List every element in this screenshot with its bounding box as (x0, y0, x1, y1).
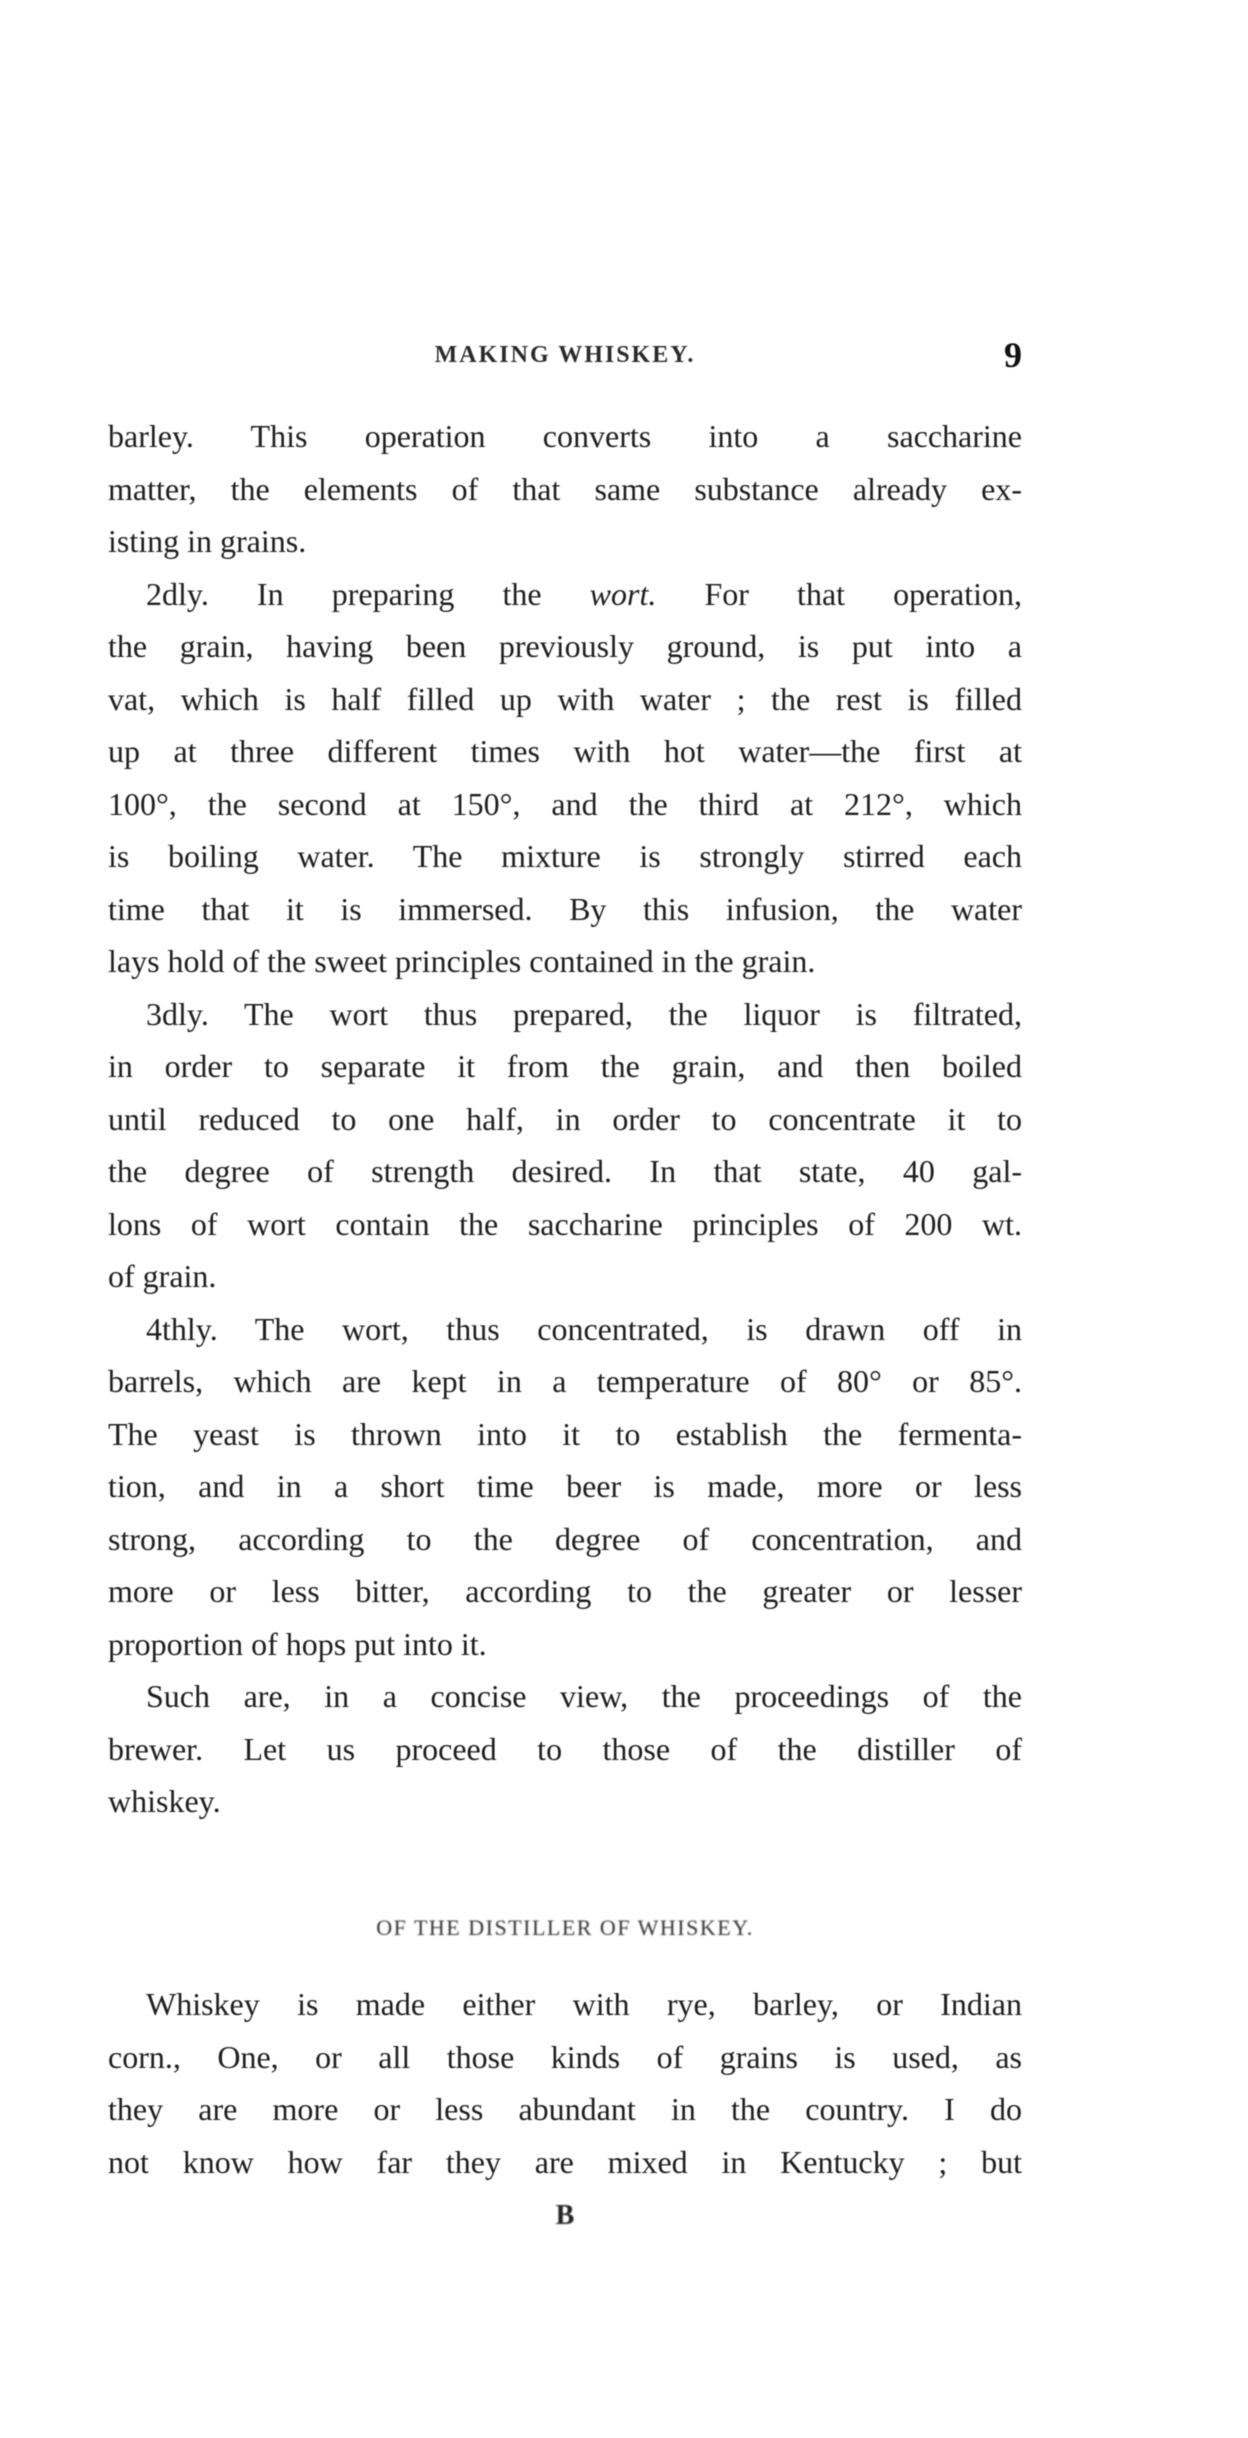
text-line: 100°, the second at 150°, and the third … (108, 778, 1022, 831)
text-line: lays hold of the sweet principles contai… (108, 935, 1022, 988)
section-heading: OF THE DISTILLER OF WHISKEY. (108, 1902, 1022, 1955)
text-line: they are more or less abundant in the co… (108, 2083, 1022, 2136)
text-line: strong, according to the degree of conce… (108, 1513, 1022, 1566)
text-line: 4thly. The wort, thus concentrated, is d… (108, 1303, 1022, 1356)
text-line: Such are, in a concise view, the proceed… (108, 1670, 1022, 1723)
text-line: up at three different times with hot wat… (108, 725, 1022, 778)
paragraph-2dly: 2dly. In preparing the wort. For that op… (108, 568, 1022, 988)
text-line: more or less bitter, according to the gr… (108, 1565, 1022, 1618)
paragraph-continuation: barley. This operation converts into a s… (108, 410, 1022, 568)
text-line: whiskey. (108, 1775, 1022, 1828)
signature-mark: B (108, 2190, 1022, 2243)
text-line: the degree of strength desired. In that … (108, 1145, 1022, 1198)
paragraph-summary: Such are, in a concise view, the proceed… (108, 1670, 1022, 1828)
text-line: lons of wort contain the saccharine prin… (108, 1198, 1022, 1251)
paragraph-distiller: Whiskey is made either with rye, barley,… (108, 1978, 1022, 2188)
page-number: 9 (1004, 334, 1022, 376)
text-line: 3dly. The wort thus prepared, the liquor… (108, 988, 1022, 1041)
text-line: barrels, which are kept in a temperature… (108, 1355, 1022, 1408)
running-head-title: MAKING WHISKEY. (435, 342, 696, 369)
italic-term-wort: wort. (590, 576, 657, 612)
body-text: barley. This operation converts into a s… (108, 410, 1022, 2243)
book-page: MAKING WHISKEY. 9 barley. This operation… (108, 330, 1022, 2243)
text-line: barley. This operation converts into a s… (108, 410, 1022, 463)
text-line: tion, and in a short time beer is made, … (108, 1460, 1022, 1513)
text-run: For that operation, (656, 576, 1022, 612)
text-line: is boiling water. The mixture is strongl… (108, 830, 1022, 883)
text-line: vat, which is half filled up with water … (108, 673, 1022, 726)
text-run: 2dly. In preparing the (146, 576, 590, 612)
text-line: 2dly. In preparing the wort. For that op… (108, 568, 1022, 621)
text-line: until reduced to one half, in order to c… (108, 1093, 1022, 1146)
text-line: The yeast is thrown into it to establish… (108, 1408, 1022, 1461)
text-line: corn., One, or all those kinds of grains… (108, 2031, 1022, 2084)
text-line: of grain. (108, 1250, 1022, 1303)
text-line: not know how far they are mixed in Kentu… (108, 2136, 1022, 2189)
paragraph-3dly: 3dly. The wort thus prepared, the liquor… (108, 988, 1022, 1303)
text-line: matter, the elements of that same substa… (108, 463, 1022, 516)
text-line: the grain, having been previously ground… (108, 620, 1022, 673)
text-line: isting in grains. (108, 515, 1022, 568)
text-line: proportion of hops put into it. (108, 1618, 1022, 1671)
text-line: Whiskey is made either with rye, barley,… (108, 1978, 1022, 2031)
paragraph-4thly: 4thly. The wort, thus concentrated, is d… (108, 1303, 1022, 1671)
running-head: MAKING WHISKEY. 9 (108, 330, 1022, 380)
text-line: in order to separate it from the grain, … (108, 1040, 1022, 1093)
text-line: time that it is immersed. By this infusi… (108, 883, 1022, 936)
text-line: brewer. Let us proceed to those of the d… (108, 1723, 1022, 1776)
